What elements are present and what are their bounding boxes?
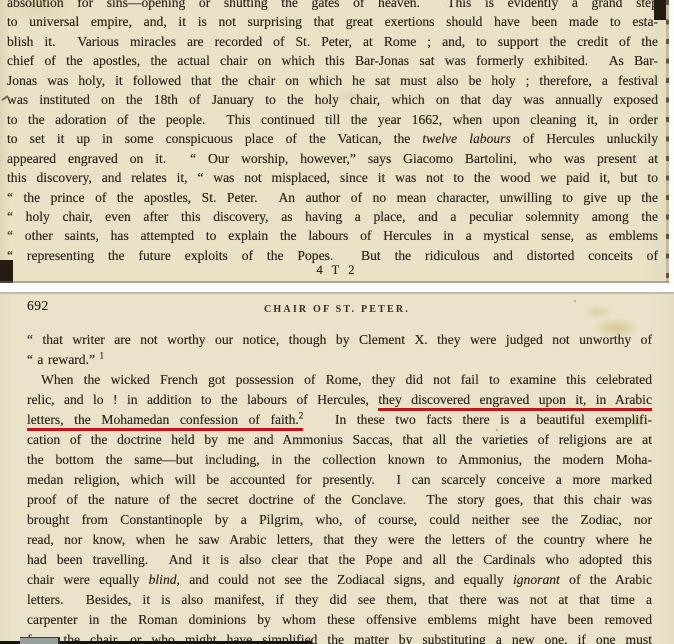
- text-line: letters. Besides, it is also manifest, i…: [27, 590, 652, 610]
- text-line: read, nor know, when he saw Arabic lette…: [27, 530, 652, 550]
- scan-artifact-grey-box: [20, 637, 60, 644]
- text-line: “ the prince of the apostles, St. Peter.…: [7, 188, 658, 207]
- text-line: proof of the nature of the secret doctri…: [27, 490, 652, 510]
- scan-gap: [0, 283, 674, 292]
- text-line: “ that writer are not worthy our notice,…: [27, 330, 652, 350]
- body-text-top: absolution for sins—opening or shutting …: [7, 0, 658, 265]
- page-fragment-top: absolution for sins—opening or shutting …: [0, 0, 674, 283]
- text-line: had been travelling. And it is also clea…: [27, 550, 652, 570]
- text-line: “ holy chair, even after this discovery,…: [7, 207, 658, 226]
- running-header: 692 CHAIR OF ST. PETER.: [0, 294, 674, 324]
- text-line: absolution for sins—opening or shutting …: [7, 0, 658, 12]
- scan-artifact-dark-corner: [0, 260, 13, 283]
- text-line: this discovery, and relates it, “ was no…: [7, 168, 658, 187]
- body-text-bottom: “ that writer are not worthy our notice,…: [27, 330, 652, 644]
- text-line: the bottom the same—but including, in th…: [27, 450, 652, 470]
- text-line: cation of the doctrine held by me and Am…: [27, 430, 652, 450]
- text-line: carpenter in the Roman dominions by whom…: [27, 610, 652, 630]
- text-line: blish it. Various miracles are recorded …: [7, 32, 658, 51]
- text-line: medan religion, which will be accounted …: [27, 470, 652, 490]
- text-line: to universal empire, and, it is not surp…: [7, 12, 658, 31]
- text-line: Jonas was holy, it followed that the cha…: [7, 71, 658, 90]
- text-line: was instituted on the 18th of January to…: [7, 90, 658, 109]
- text-line: brought from Constantinople by a Pilgrim…: [27, 510, 652, 530]
- page-692: 692 CHAIR OF ST. PETER. “ that writer ar…: [0, 292, 674, 644]
- text-line: letters, the Mohamedan confession of fai…: [27, 410, 652, 430]
- text-line: appeared engraved on it. “ Our worship, …: [7, 149, 658, 168]
- text-line: “ other saints, has attempted to explain…: [7, 226, 658, 245]
- text-line: to set it up in some conspicuous place o…: [7, 129, 658, 148]
- scan-artifact-white-margin: [669, 0, 674, 283]
- text-line: chief of the apostles, the actual chair …: [7, 51, 658, 70]
- scanned-book-screenshot: absolution for sins—opening or shutting …: [0, 0, 674, 644]
- text-line: to the adoration of the people. This con…: [7, 110, 658, 129]
- printers-signature: 4 T 2: [0, 263, 674, 278]
- running-head-title: CHAIR OF ST. PETER.: [0, 304, 674, 315]
- text-line: relic, and lo ! in addition to the labou…: [27, 390, 652, 410]
- text-line: chair were equally blind, and could not …: [27, 570, 652, 590]
- text-line: “ a reward.” 1: [27, 350, 652, 370]
- text-line: When the wicked French got possession of…: [27, 370, 652, 390]
- scan-artifact-dark-bar: [654, 0, 666, 20]
